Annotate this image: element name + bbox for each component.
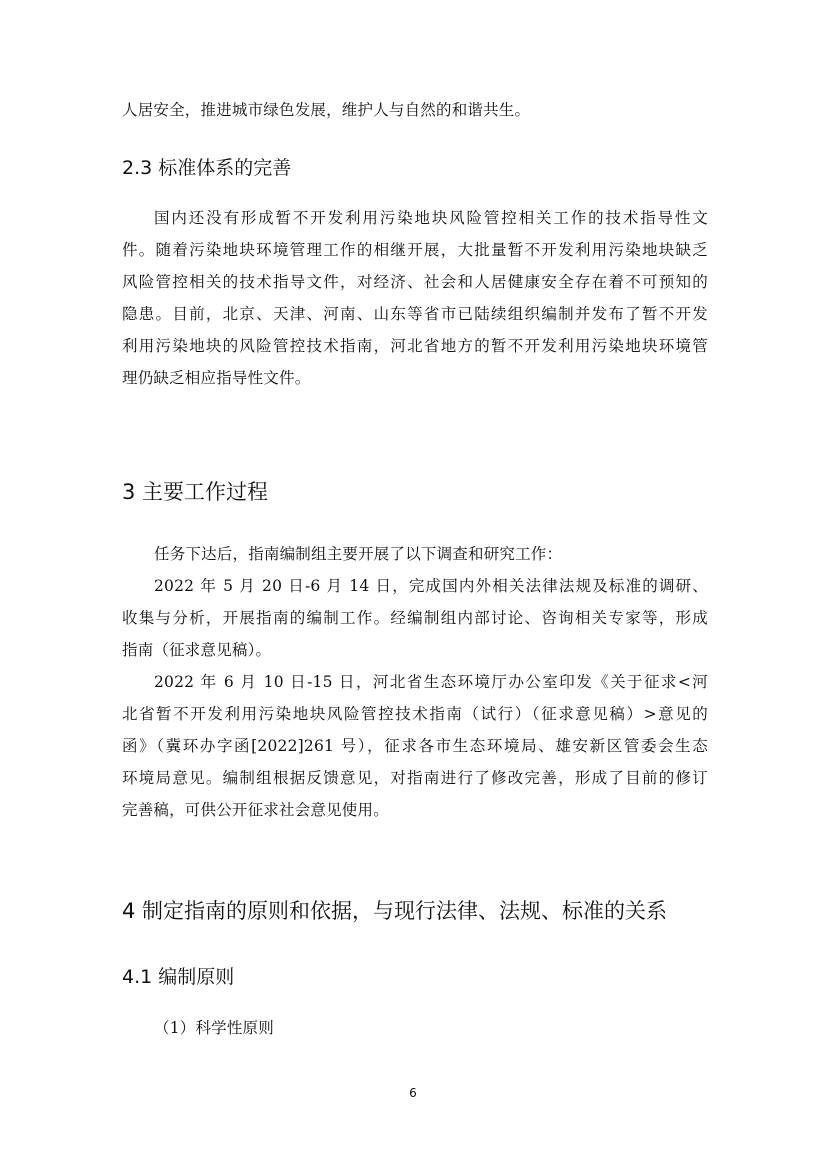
paragraph-line: 函》（冀环办字函[2022]261 号），征求各市生态环境局、雄安新区管委会生态 [122,736,708,756]
paragraph-line: 件。随着污染地块环境管理工作的相继开展，大批量暂不开发利用污染地块缺乏 [122,240,708,260]
paragraph-line: 收集与分析，开展指南的编制工作。经编制组内部讨论、咨询相关专家等，形成 [122,608,708,628]
section-heading-2-3: 2.3 标准体系的完善 [122,156,291,180]
section-heading-3: 3 主要工作过程 [122,479,268,505]
paragraph-line: 人居安全，推进城市绿色发展，维护人与自然的和谐共生。 [122,100,708,120]
document-page: 人居安全，推进城市绿色发展，维护人与自然的和谐共生。 2.3 标准体系的完善 国… [0,0,826,1169]
page-number: 6 [0,1086,826,1100]
paragraph-line: 指南（征求意见稿）。 [122,640,708,660]
paragraph-line: 2022 年 6 月 10 日-15 日，河北省生态环境厅办公室印发《关于征求<… [154,672,708,692]
section-heading-4: 4 制定指南的原则和依据，与现行法律、法规、标准的关系 [122,898,667,924]
paragraph-line: 利用污染地块的风险管控技术指南，河北省地方的暂不开发利用污染地块环境管 [122,336,708,356]
paragraph-line: 风险管控相关的技术指导文件，对经济、社会和人居健康安全存在着不可预知的 [122,272,708,292]
paragraph-line: 任务下达后，指南编制组主要开展了以下调查和研究工作： [154,544,708,564]
paragraph-line: 理仍缺乏相应指导性文件。 [122,368,708,388]
list-item: （1）科学性原则 [154,1018,708,1038]
paragraph-line: 北省暂不开发利用污染地块风险管控技术指南（试行）（征求意见稿）>意见的 [122,704,708,724]
paragraph-line: 2022 年 5 月 20 日-6 月 14 日，完成国内外相关法律法规及标准的… [154,576,708,596]
paragraph-line: 完善稿，可供公开征求社会意见使用。 [122,800,708,820]
paragraph-line: 国内还没有形成暂不开发利用污染地块风险管控相关工作的技术指导性文 [154,208,708,228]
section-heading-4-1: 4.1 编制原则 [122,965,234,989]
paragraph-line: 隐患。目前，北京、天津、河南、山东等省市已陆续组织编制并发布了暂不开发 [122,304,708,324]
paragraph-line: 环境局意见。编制组根据反馈意见，对指南进行了修改完善，形成了目前的修订 [122,768,708,788]
